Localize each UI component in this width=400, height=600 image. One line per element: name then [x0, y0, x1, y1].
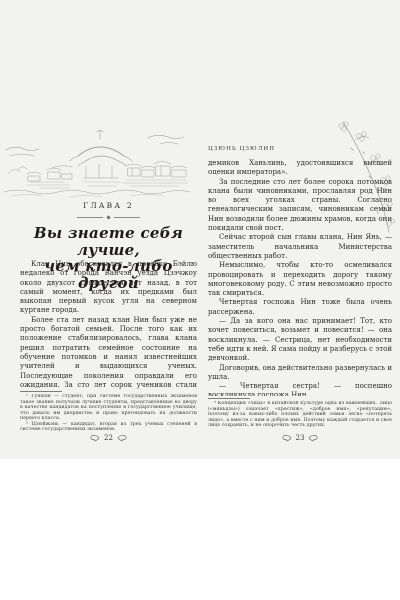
page-body: демиков Ханьлинь, удостоившихся высшей о…: [208, 159, 392, 396]
page-footer: 22: [20, 434, 197, 442]
divider-diamond-icon: [106, 215, 110, 219]
page-number: 23: [296, 434, 305, 442]
paragraph: Договорив, она действительно развернулас…: [208, 364, 392, 383]
paragraph: За последние сто лет более сорока потомк…: [208, 178, 392, 234]
empty-canvas-area: [0, 459, 400, 600]
footer-flourish-left-icon: [281, 434, 292, 442]
divider-line: [77, 217, 103, 218]
footnotes-block: ⁴ Концепция «лица» в китайской культуре …: [208, 401, 392, 431]
paragraph: — Четвертая сестра! — поспешно воскликну…: [208, 382, 392, 396]
ebook-reader-screen: ГЛАВА 2 Вы знаете себя лучше, чем кто-ли…: [0, 0, 400, 600]
footnote-separator: [20, 391, 62, 392]
page-body: Клан Нин обосновался в поселке Бэйлю нед…: [20, 260, 197, 389]
chapter-label: ГЛАВА 2: [20, 201, 197, 210]
paragraph: Более ста лет назад клан Нин был уже не …: [20, 316, 197, 389]
book-spread: ГЛАВА 2 Вы знаете себя лучше, чем кто-ли…: [0, 0, 400, 459]
footer-flourish-left-icon: [89, 434, 100, 442]
footer-flourish-right-icon: [308, 434, 319, 442]
footer-flourish-right-icon: [117, 434, 128, 442]
paragraph: Немыслимо, чтобы кто-то осмеливался пров…: [208, 261, 392, 298]
footnote-separator: [208, 398, 250, 399]
footnotes-block: ¹ Гуншэн — студент; при системе государс…: [20, 394, 197, 432]
footnote: ² Цзюйжэнь — кандидат, вторая из трех уч…: [20, 422, 197, 433]
chapter-divider-ornament: [20, 216, 197, 219]
chapter-title-line: Вы знаете себя лучше,: [14, 225, 203, 258]
footnote: ⁴ Концепция «лица» в китайской культуре …: [208, 401, 392, 429]
paragraph: демиков Ханьлинь, удостоившихся высшей о…: [208, 159, 392, 178]
paragraph: Клан Нин обосновался в поселке Бэйлю нед…: [20, 260, 197, 316]
running-head: ЦЗЮНЬ ЦЗЮЛИН: [208, 146, 275, 152]
footnote: ¹ Гуншэн — студент; при системе государс…: [20, 394, 197, 422]
paragraph: Четвертая госпожа Нин тоже была очень ра…: [208, 298, 392, 317]
page-left[interactable]: ГЛАВА 2 Вы знаете себя лучше, чем кто-ли…: [20, 0, 197, 459]
paragraph: Сейчас второй сын главы клана, Нин Янь, …: [208, 233, 392, 261]
page-right[interactable]: ЦЗЮНЬ ЦЗЮЛИН демиков Ханьлинь, удостоивш…: [208, 0, 392, 459]
page-number: 22: [104, 434, 113, 442]
paragraph: — Да за кого она нас принимает! Тот, кто…: [208, 317, 392, 363]
divider-line: [114, 217, 140, 218]
page-footer: 23: [208, 434, 392, 442]
